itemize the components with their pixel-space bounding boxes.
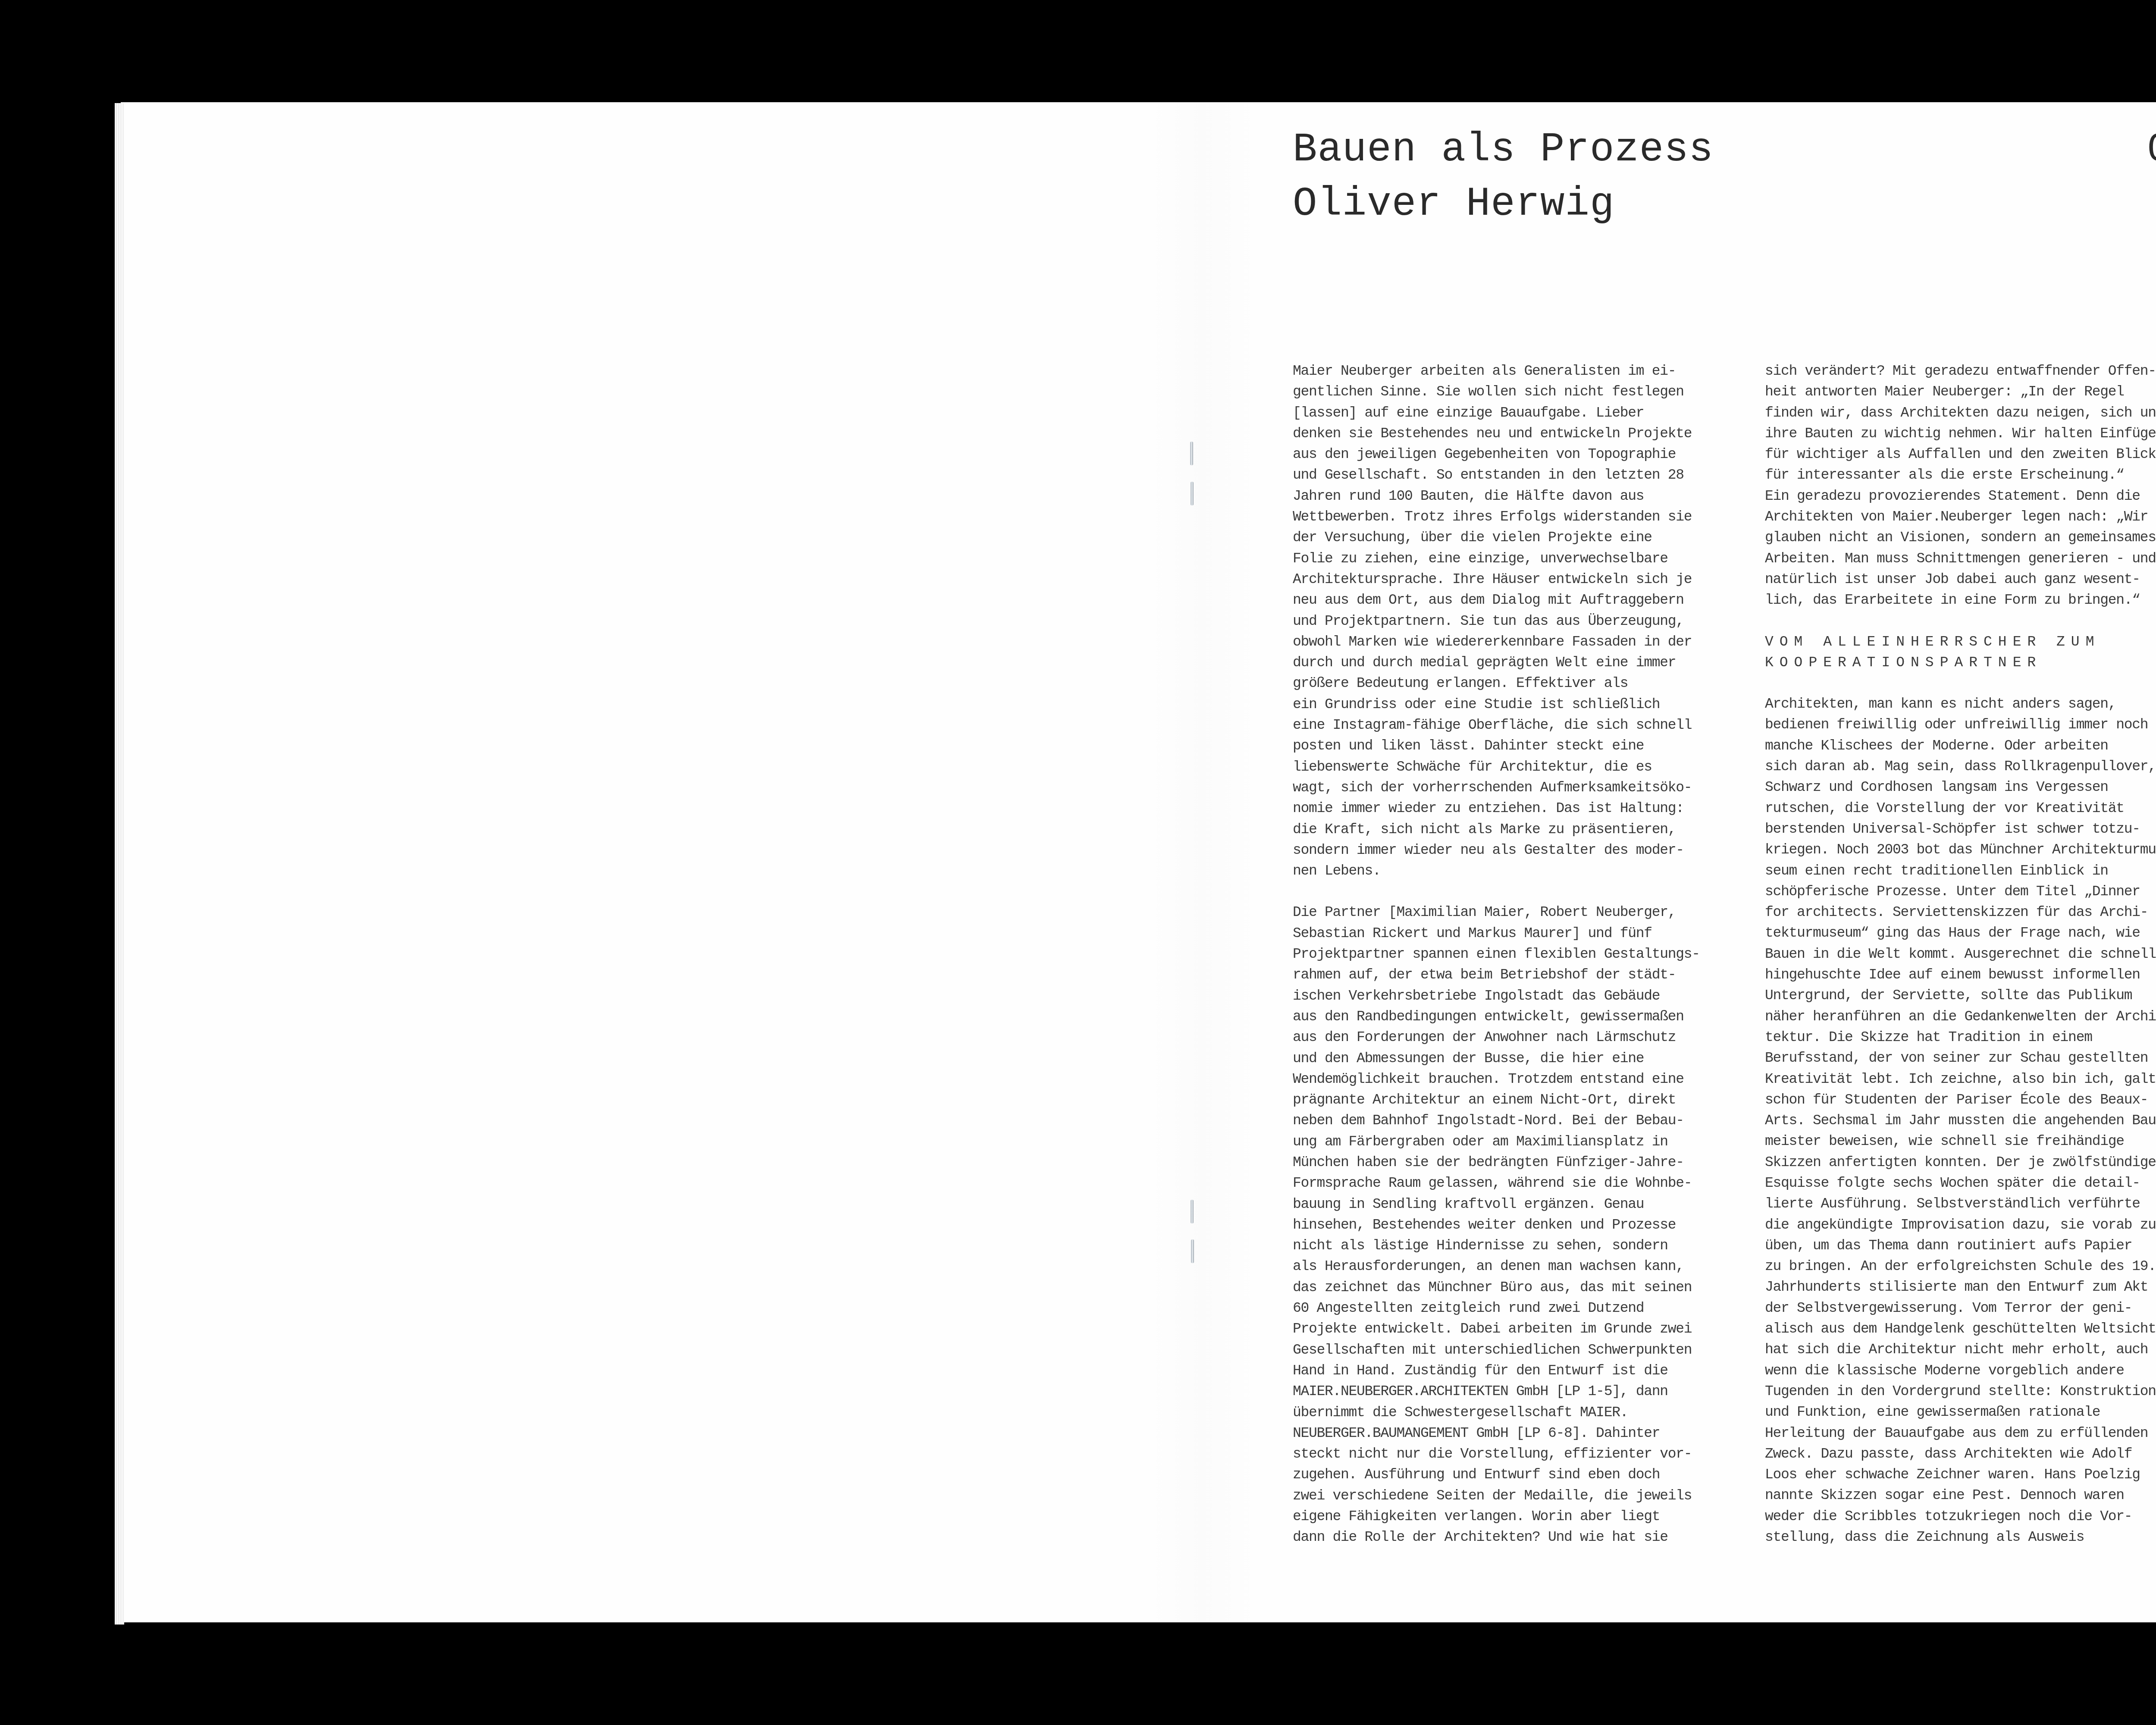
text-line: Bauen in die Welt kommt. Ausgerechnet di…: [1765, 944, 2156, 965]
section-heading: VOM ALLEINHERRSCHER ZUMKOOPERATIONSPARTN…: [1765, 632, 2156, 674]
text-line: Arts. Sechsmal im Jahr mussten die angeh…: [1765, 1110, 2156, 1131]
text-line: für wichtiger als Auffallen und den zwei…: [1765, 444, 2156, 465]
text-line: kriegen. Noch 2003 bot das Münchner Arch…: [1765, 840, 2156, 860]
text-line: näher heranführen an die Gedankenwelten …: [1765, 1007, 2156, 1027]
text-line: VOM ALLEINHERRSCHER ZUM: [1765, 632, 2156, 652]
text-line: bauung in Sendling kraftvoll ergänzen. G…: [1293, 1194, 1750, 1215]
text-line: aus den jeweiligen Gegebenheiten von Top…: [1293, 444, 1750, 465]
magazine-spread: Bauen als Prozess Oliver Herwig 011 Maie…: [121, 102, 2156, 1622]
text-line: neben dem Bahnhof Ingolstadt-Nord. Bei d…: [1293, 1110, 1750, 1131]
text-line: Schwarz und Cordhosen langsam ins Verges…: [1765, 777, 2156, 798]
text-line: Tugenden in den Vordergrund stellte: Kon…: [1765, 1381, 2156, 1402]
text-line: Gesellschaften mit unterschiedlichen Sch…: [1293, 1340, 1750, 1361]
paragraph: sich verändert? Mit geradezu entwaffnend…: [1765, 361, 2156, 611]
text-line: Loos eher schwache Zeichner waren. Hans …: [1765, 1465, 2156, 1485]
text-line: rahmen auf, der etwa beim Betriebshof de…: [1293, 965, 1750, 985]
text-line: München haben sie der bedrängten Fünfzig…: [1293, 1152, 1750, 1173]
text-line: lich, das Erarbeitete in eine Form zu br…: [1765, 590, 2156, 611]
text-line: Jahren rund 100 Bauten, die Hälfte davon…: [1293, 486, 1750, 507]
text-line: schon für Studenten der Pariser École de…: [1765, 1090, 2156, 1110]
text-line: nannte Skizzen sogar eine Pest. Dennoch …: [1765, 1485, 2156, 1506]
text-line: nicht als lästige Hindernisse zu sehen, …: [1293, 1236, 1750, 1256]
text-line: nen Lebens.: [1293, 861, 1750, 881]
text-line: Sebastian Rickert und Markus Maurer] und…: [1293, 923, 1750, 944]
text-line: lierte Ausführung. Selbstverständlich ve…: [1765, 1194, 2156, 1214]
text-line: die angekündigte Improvisation dazu, sie…: [1765, 1215, 2156, 1236]
text-line: Projektpartner spannen einen flexiblen G…: [1293, 944, 1750, 965]
article-author: Oliver Herwig: [1293, 182, 1614, 227]
text-line: seum einen recht traditionellen Einblick…: [1765, 861, 2156, 881]
text-line: für interessanter als die erste Erschein…: [1765, 465, 2156, 486]
text-line: und Funktion, eine gewissermaßen rationa…: [1765, 1402, 2156, 1423]
text-line: Untergrund, der Serviette, sollte das Pu…: [1765, 985, 2156, 1006]
text-line: for architects. Serviettenskizzen für da…: [1765, 902, 2156, 923]
text-line: rutschen, die Vorstellung der vor Kreati…: [1765, 798, 2156, 819]
text-line: Berufsstand, der von seiner zur Schau ge…: [1765, 1048, 2156, 1069]
text-line: Ein geradezu provozierendes Statement. D…: [1765, 486, 2156, 507]
text-column-right: sich verändert? Mit geradezu entwaffnend…: [1765, 361, 2156, 1568]
text-line: Architektursprache. Ihre Häuser entwicke…: [1293, 569, 1750, 590]
text-column-left: Maier Neuberger arbeiten als Generaliste…: [1293, 361, 1750, 1569]
text-line: MAIER.NEUBERGER.ARCHITEKTEN GmbH [LP 1-5…: [1293, 1381, 1750, 1402]
text-line: ischen Verkehrsbetriebe Ingolstadt das G…: [1293, 986, 1750, 1007]
text-line: der Selbstvergewisserung. Vom Terror der…: [1765, 1298, 2156, 1319]
text-line: KOOPERATIONSPARTNER: [1765, 652, 2156, 673]
text-line: die Kraft, sich nicht als Marke zu präse…: [1293, 819, 1750, 840]
text-line: üben, um das Thema dann routiniert aufs …: [1765, 1236, 2156, 1256]
text-line: wenn die klassische Moderne vorgeblich a…: [1765, 1361, 2156, 1381]
text-line: zwei verschiedene Seiten der Medaille, d…: [1293, 1486, 1750, 1506]
staple-icon: [1190, 442, 1193, 465]
text-line: schöpferische Prozesse. Unter dem Titel …: [1765, 881, 2156, 902]
text-line: und Gesellschaft. So entstanden in den l…: [1293, 465, 1750, 486]
text-line: natürlich ist unser Job dabei auch ganz …: [1765, 569, 2156, 590]
text-line: Architekten, man kann es nicht anders sa…: [1765, 694, 2156, 715]
text-line: ihre Bauten zu wichtig nehmen. Wir halte…: [1765, 423, 2156, 444]
text-line: posten und liken lässt. Dahinter steckt …: [1293, 736, 1750, 756]
text-line: stellung, dass die Zeichnung als Ausweis: [1765, 1527, 2156, 1548]
text-line: finden wir, dass Architekten dazu neigen…: [1765, 403, 2156, 423]
paragraph: Die Partner [Maximilian Maier, Robert Ne…: [1293, 902, 1750, 1548]
text-line: Arbeiten. Man muss Schnittmengen generie…: [1765, 549, 2156, 569]
staple-icon: [1191, 1239, 1194, 1263]
text-line: steckt nicht nur die Vorstellung, effizi…: [1293, 1444, 1750, 1465]
text-line: Herleitung der Bauaufgabe aus dem zu erf…: [1765, 1423, 2156, 1444]
text-line: heit antworten Maier Neuberger: „In der …: [1765, 382, 2156, 402]
text-line: eine Instagram-fähige Oberfläche, die si…: [1293, 715, 1750, 736]
text-line: aus den Randbedingungen entwickelt, gewi…: [1293, 1007, 1750, 1027]
text-line: zu bringen. An der erfolgreichsten Schul…: [1765, 1256, 2156, 1277]
text-line: glauben nicht an Visionen, sondern an ge…: [1765, 527, 2156, 548]
text-line: ein Grundriss oder eine Studie ist schli…: [1293, 694, 1750, 715]
text-line: Projekte entwickelt. Dabei arbeiten im G…: [1293, 1319, 1750, 1339]
page-edges: [115, 103, 124, 1625]
text-line: weder die Scribbles totzukriegen noch di…: [1765, 1506, 2156, 1527]
text-line: Folie zu ziehen, eine einzige, unverwech…: [1293, 549, 1750, 569]
article-header: Bauen als Prozess Oliver Herwig: [1293, 123, 1714, 232]
spine-gutter: [1147, 102, 1259, 1622]
text-line: hinsehen, Bestehendes weiter denken und …: [1293, 1215, 1750, 1236]
text-line: und Projektpartnern. Sie tun das aus Übe…: [1293, 611, 1750, 632]
text-line: Wettbewerben. Trotz ihres Erfolgs widers…: [1293, 507, 1750, 527]
text-line: nomie immer wieder zu entziehen. Das ist…: [1293, 798, 1750, 819]
text-line: meister beweisen, wie schnell sie freihä…: [1765, 1131, 2156, 1152]
text-line: Zweck. Dazu passte, dass Architekten wie…: [1765, 1444, 2156, 1465]
text-line: tektur. Die Skizze hat Tradition in eine…: [1765, 1027, 2156, 1048]
text-line: ung am Färbergraben oder am Maximiliansp…: [1293, 1132, 1750, 1152]
text-line: der Versuchung, über die vielen Projekte…: [1293, 527, 1750, 548]
text-line: sich daran ab. Mag sein, dass Rollkragen…: [1765, 756, 2156, 777]
text-line: Maier Neuberger arbeiten als Generaliste…: [1293, 361, 1750, 382]
text-line: berstenden Universal-Schöpfer ist schwer…: [1765, 819, 2156, 840]
text-line: aus den Forderungen der Anwohner nach Lä…: [1293, 1027, 1750, 1048]
text-line: liebenswerte Schwäche für Architektur, d…: [1293, 757, 1750, 778]
text-line: sondern immer wieder neu als Gestalter d…: [1293, 840, 1750, 861]
text-line: bedienen freiwillig oder unfreiwillig im…: [1765, 715, 2156, 735]
text-line: Architekten von Maier.Neuberger legen na…: [1765, 507, 2156, 527]
text-line: hat sich die Architektur nicht mehr erho…: [1765, 1339, 2156, 1360]
text-line: und den Abmessungen der Busse, die hier …: [1293, 1048, 1750, 1069]
text-line: NEUBERGER.BAUMANGEMENT GmbH [LP 6-8]. Da…: [1293, 1423, 1750, 1444]
text-line: das zeichnet das Münchner Büro aus, das …: [1293, 1277, 1750, 1298]
text-line: [lassen] auf eine einzige Bauaufgabe. Li…: [1293, 403, 1750, 423]
text-line: Jahrhunderts stilisierte man den Entwurf…: [1765, 1277, 2156, 1298]
text-line: sich verändert? Mit geradezu entwaffnend…: [1765, 361, 2156, 382]
text-line: Kreativität lebt. Ich zeichne, also bin …: [1765, 1069, 2156, 1090]
text-line: Hand in Hand. Zuständig für den Entwurf …: [1293, 1361, 1750, 1381]
text-line: Die Partner [Maximilian Maier, Robert Ne…: [1293, 902, 1750, 923]
text-line: Skizzen anfertigten konnten. Der je zwöl…: [1765, 1152, 2156, 1173]
text-line: obwohl Marken wie wiedererkennbare Fassa…: [1293, 632, 1750, 652]
text-line: durch und durch medial geprägten Welt ei…: [1293, 652, 1750, 673]
text-line: wagt, sich der vorherrschenden Aufmerksa…: [1293, 778, 1750, 798]
text-line: alisch aus dem Handgelenk geschüttelten …: [1765, 1319, 2156, 1339]
text-line: als Herausforderungen, an denen man wach…: [1293, 1256, 1750, 1277]
article-title: Bauen als Prozess: [1293, 127, 1714, 173]
staple-icon: [1191, 482, 1194, 505]
text-line: größere Bedeutung erlangen. Effektiver a…: [1293, 673, 1750, 694]
paragraph: Architekten, man kann es nicht anders sa…: [1765, 694, 2156, 1548]
paragraph: Maier Neuberger arbeiten als Generaliste…: [1293, 361, 1750, 881]
text-line: denken sie Bestehendes neu und entwickel…: [1293, 423, 1750, 444]
text-line: hingehuschte Idee auf einem bewusst info…: [1765, 965, 2156, 985]
text-line: neu aus dem Ort, aus dem Dialog mit Auft…: [1293, 590, 1750, 611]
text-line: gentlichen Sinne. Sie wollen sich nicht …: [1293, 382, 1750, 402]
text-line: 60 Angestellten zeitgleich rund zwei Dut…: [1293, 1298, 1750, 1319]
text-line: tekturmuseum“ ging das Haus der Frage na…: [1765, 923, 2156, 944]
text-line: prägnante Architektur an einem Nicht-Ort…: [1293, 1090, 1750, 1110]
text-line: eigene Fähigkeiten verlangen. Worin aber…: [1293, 1506, 1750, 1527]
page-number: 011: [2147, 123, 2156, 177]
text-line: dann die Rolle der Architekten? Und wie …: [1293, 1527, 1750, 1548]
text-line: Formsprache Raum gelassen, während sie d…: [1293, 1173, 1750, 1194]
text-line: manche Klischees der Moderne. Oder arbei…: [1765, 736, 2156, 756]
staple-icon: [1191, 1200, 1194, 1223]
text-line: übernimmt die Schwestergesellschaft MAIE…: [1293, 1402, 1750, 1423]
text-line: zugehen. Ausführung und Entwurf sind ebe…: [1293, 1465, 1750, 1485]
text-line: Wendemöglichkeit brauchen. Trotzdem ents…: [1293, 1069, 1750, 1090]
text-line: Esquisse folgte sechs Wochen später die …: [1765, 1173, 2156, 1194]
